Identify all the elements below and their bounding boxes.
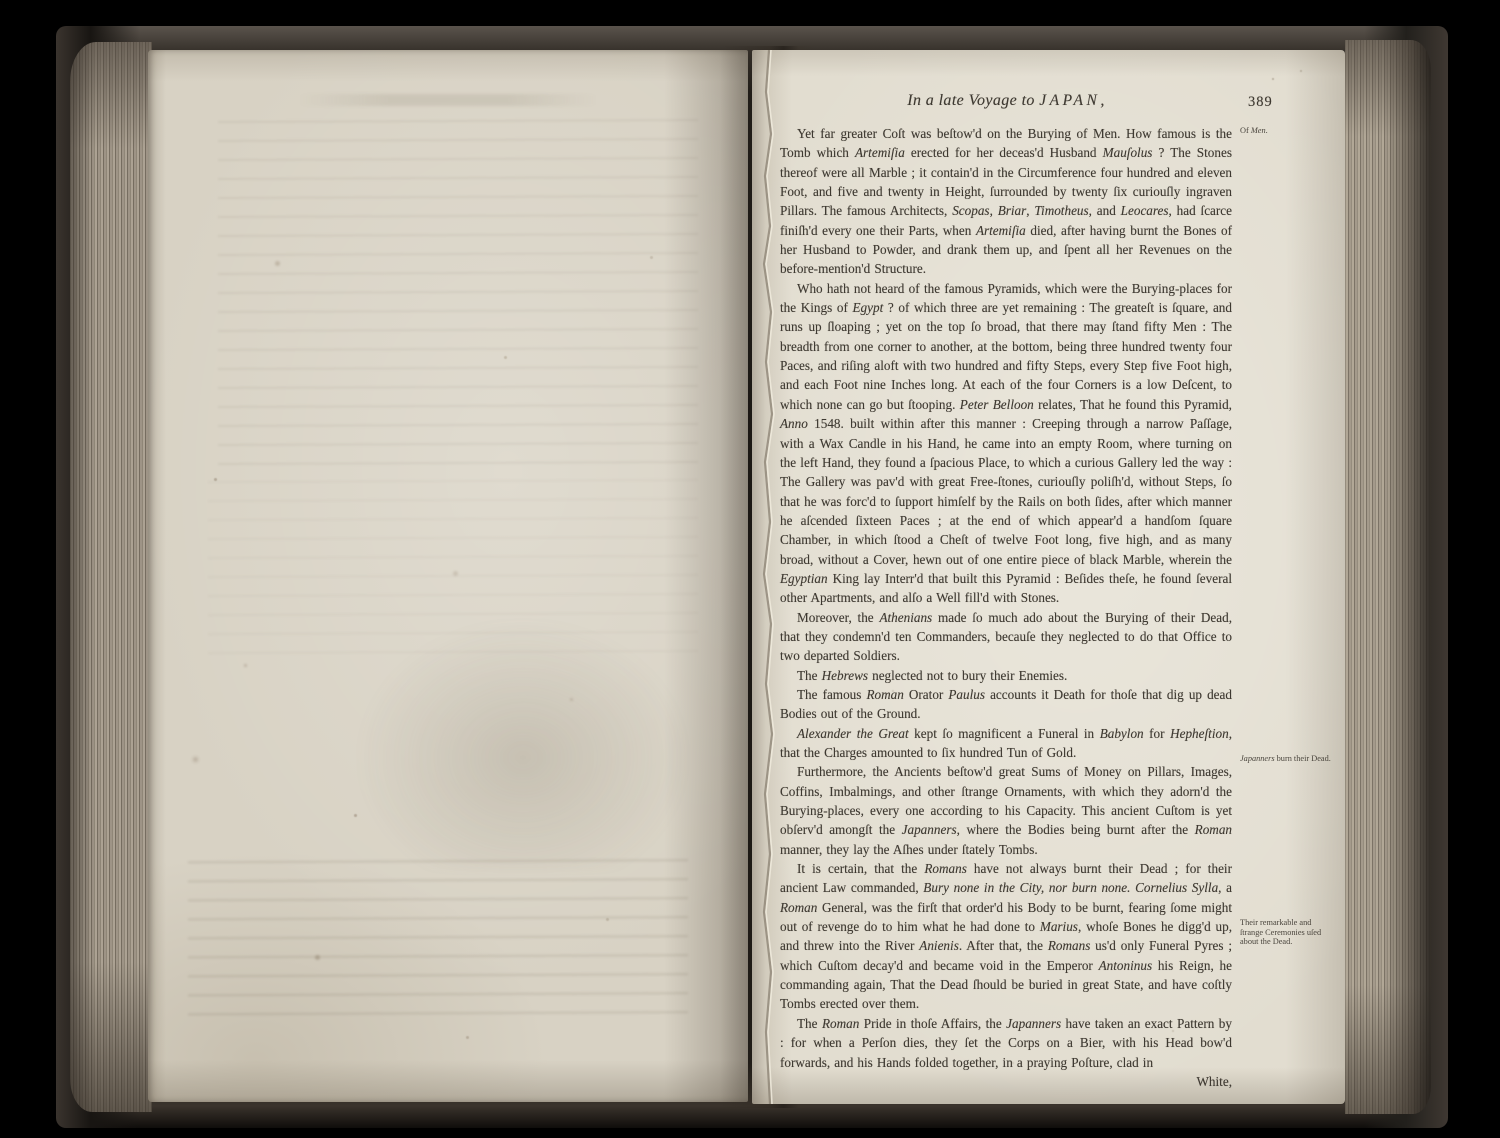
margin-note-of-men: Of Men. (1240, 126, 1336, 136)
margin-note-ceremonies: Their remarkable and ſtrange Ceremonies … (1240, 918, 1336, 947)
paragraphs-container: Yet far greater Coſt was beſtow'd on the… (780, 124, 1232, 1072)
body-text: Yet far greater Coſt was beſtow'd on the… (780, 124, 1232, 1091)
showthrough-text-band (188, 859, 688, 1021)
photo-black-backdrop: { "book": { "running_head": { "segments"… (0, 0, 1500, 1138)
right-text-page: In a late Voyage to JAPAN, 389 Yet far g… (752, 50, 1345, 1104)
foxing-spots (752, 50, 754, 52)
showthrough-header (298, 94, 598, 106)
paragraph: Yet far greater Coſt was beſtow'd on the… (780, 124, 1232, 279)
page-number: 389 (1248, 94, 1308, 111)
paragraph: The famous Roman Orator Paulus accounts … (780, 685, 1232, 724)
paragraph: Who hath not heard of the famous Pyramid… (780, 279, 1232, 608)
paragraph: Moreover, the Athenians made ſo much ado… (780, 608, 1232, 666)
showthrough-illustration (358, 620, 688, 870)
left-page-stack-edge (70, 42, 152, 1112)
catchword: White, (780, 1072, 1232, 1091)
running-head: In a late Voyage to JAPAN, (780, 92, 1232, 110)
paragraph: Furthermore, the Ancients beſtow'd great… (780, 762, 1232, 859)
torn-leaf-edge (754, 50, 780, 1104)
right-page-stack-edge (1345, 40, 1431, 1114)
margin-note-japanners-burn-dead: Japanners burn their Dead. (1240, 754, 1336, 764)
paragraph: The Roman Pride in thoſe Affairs, the Ja… (780, 1014, 1232, 1072)
left-blank-page (148, 50, 748, 1102)
paragraph: The Hebrews neglected not to bury their … (780, 666, 1232, 685)
showthrough-text-band (218, 119, 698, 471)
paragraph: It is certain, that the Romans have not … (780, 859, 1232, 1014)
paragraph: Alexander the Great kept ſo magnificent … (780, 724, 1232, 763)
foxing-spots (148, 50, 151, 53)
open-book: In a late Voyage to JAPAN, 389 Yet far g… (56, 26, 1448, 1128)
